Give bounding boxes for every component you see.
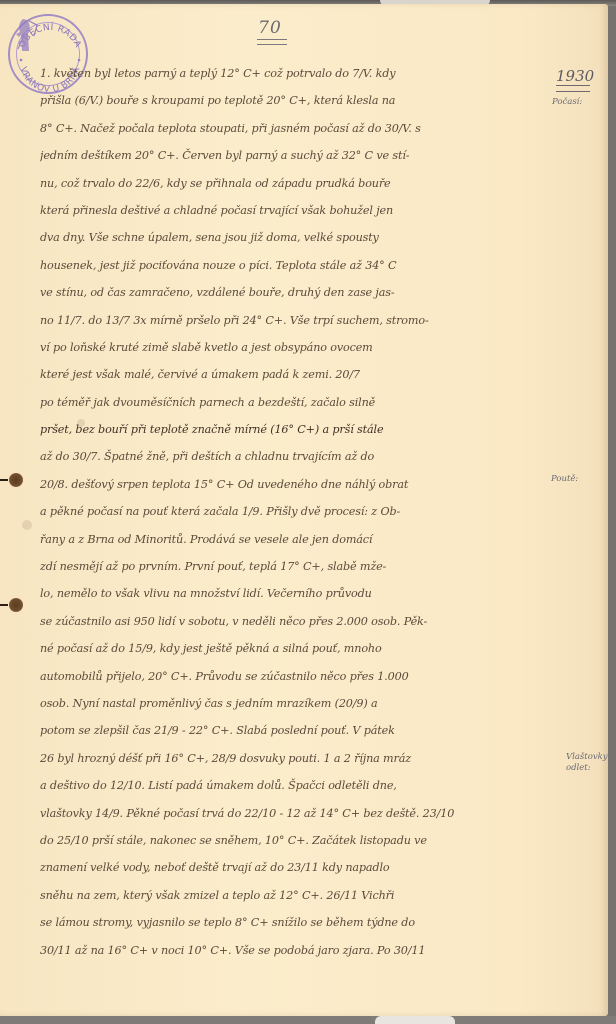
binder-string <box>0 604 8 606</box>
page-number: 70 <box>240 18 300 38</box>
text-line: znamení velké vody, neboť deště trvají a… <box>40 854 540 881</box>
text-line: 20/8. dešťový srpen teplota 15° C+ Od uv… <box>40 471 540 498</box>
scan-glare-bottom <box>375 1016 455 1024</box>
text-line: lo, nemělo to však vlivu na množství lid… <box>40 580 540 607</box>
text-line: sněhu na zem, který však zmizel a teplo … <box>40 882 540 909</box>
text-line: jedním deštíkem 20° C+. Červen byl parný… <box>40 142 540 169</box>
paper-stain <box>22 520 32 530</box>
text-line: osob. Nyní nastal proměnlivý čas s jední… <box>40 690 540 717</box>
text-line: až do 30/7. Špatné žně, při deštích a ch… <box>40 443 540 470</box>
text-line: dva dny. Vše schne úpalem, sena jsou již… <box>40 224 540 251</box>
text-line: a deštivo do 12/10. Listí padá úmakem do… <box>40 772 540 799</box>
text-line: po téměř jak dvouměsíčních parnech a bez… <box>40 389 540 416</box>
text-line: 8° C+. Načež počala teplota stoupati, př… <box>40 115 540 142</box>
margin-note-swallows: Vlaštovky odlet: <box>566 752 606 774</box>
scan-bottom-edge <box>0 1016 616 1024</box>
text-line: vlaštovky 14/9. Pěkné počasí trvá do 22/… <box>40 800 540 827</box>
year-heading: 1930 <box>556 67 594 85</box>
text-line: do 25/10 prší stále, nakonec se sněhem, … <box>40 827 540 854</box>
scanned-page: OBECNÍ RADA VRANOV U BRNA 70 1930 Počasí… <box>0 0 616 1024</box>
text-line: řany a z Brna od Minoritů. Prodává se ve… <box>40 526 540 553</box>
text-line: né počasí až do 15/9, kdy jest ještě pěk… <box>40 635 540 662</box>
text-line: housenek, jest již pociťována nouze o pí… <box>40 252 540 279</box>
text-line: potom se zlepšil čas 21/9 - 22° C+. Slab… <box>40 717 540 744</box>
margin-note-weather: Počasí: <box>552 97 582 108</box>
text-line: se zúčastnilo asi 950 lidí v sobotu, v n… <box>40 608 540 635</box>
text-line: ví po loňské kruté zimě slabě kvetlo a j… <box>40 334 540 361</box>
chronicle-page: OBECNÍ RADA VRANOV U BRNA 70 1930 Počasí… <box>0 4 608 1016</box>
binder-punch-hole <box>9 473 23 487</box>
text-line: přišla (6/V.) bouře s kroupami po teplot… <box>40 87 540 114</box>
margin-note-pilgrimage: Poutě: <box>551 474 578 485</box>
text-line: zdí nesmějí až po prvním. První pouť, te… <box>40 553 540 580</box>
text-line: která přinesla deštivé a chladné počasí … <box>40 197 540 224</box>
text-line: které jest však malé, červivé a úmakem p… <box>40 361 540 388</box>
binder-string <box>0 479 8 481</box>
text-line: 1. květen byl letos parný a teplý 12° C+… <box>40 60 540 87</box>
year-heading-underline <box>556 85 590 92</box>
text-line: ve stínu, od čas zamračeno, vzdálené bou… <box>40 279 540 306</box>
saint-figure-icon <box>10 16 40 54</box>
page-number-underline <box>257 39 287 45</box>
chronicle-text: 1. květen byl letos parný a teplý 12° C+… <box>40 60 540 964</box>
binder-punch-hole <box>9 598 23 612</box>
text-line: nu, což trvalo do 22/6, kdy se přihnala … <box>40 170 540 197</box>
text-line: pršet, bez bouří při teplotě značně mírn… <box>40 416 540 443</box>
text-line: 26 byl hrozný déšť při 16° C+, 28/9 dosv… <box>40 745 540 772</box>
text-line: a pěkné počasí na pouť která začala 1/9.… <box>40 498 540 525</box>
text-line: 30/11 až na 16° C+ v noci 10° C+. Vše se… <box>40 937 540 964</box>
text-line: se lámou stromy, vyjasnilo se teplo 8° C… <box>40 909 540 936</box>
text-line: no 11/7. do 13/7 3x mírně pršelo při 24°… <box>40 307 540 334</box>
text-line: automobilů přijelo, 20° C+. Průvodu se z… <box>40 663 540 690</box>
